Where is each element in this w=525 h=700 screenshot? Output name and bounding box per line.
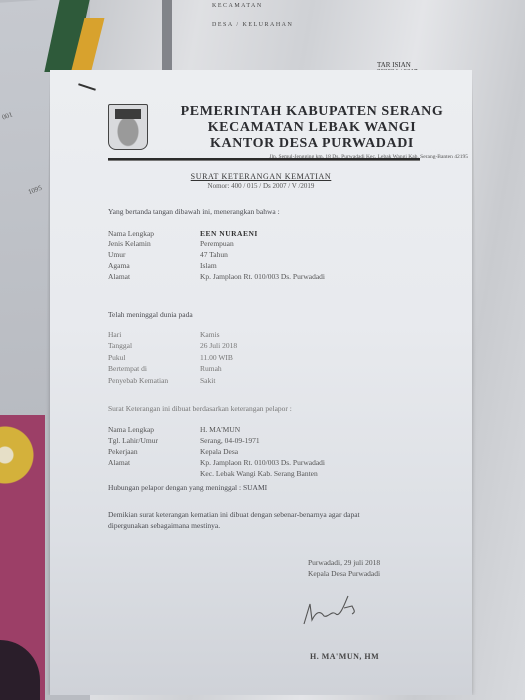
- closing-line-2: dipergunakan sebagaimana mestinya.: [108, 521, 220, 530]
- field-value: Kepala Desa: [200, 447, 238, 456]
- letterhead-line-3: KANTOR DESA PURWADADI: [152, 136, 472, 152]
- deceased-row: Nama LengkapEEN NURAENI: [108, 229, 258, 238]
- pen-mark: [78, 83, 96, 90]
- deceased-row: Umur47 Tahun: [108, 250, 228, 259]
- document-title: SURAT KETERANGAN KEMATIAN: [50, 172, 472, 181]
- field-value: Kec. Lebak Wangi Kab. Serang Banten: [200, 469, 318, 478]
- field-value: Perempuan: [200, 239, 234, 248]
- background-text: KECAMATAN: [212, 3, 263, 9]
- field-value: Serang, 04-09-1971: [200, 436, 260, 445]
- signature-scrawl-icon: [300, 590, 370, 630]
- signatory-name: H. MA'MUN, HM: [310, 652, 379, 661]
- letterhead-rule: [108, 158, 420, 161]
- field-value: Islam: [200, 261, 217, 270]
- death-row: Penyebab KematianSakit: [108, 376, 215, 385]
- field-label: Penyebab Kematian: [108, 376, 200, 385]
- death-row: Tanggal26 Juli 2018: [108, 341, 237, 350]
- regency-emblem-icon: [108, 104, 148, 150]
- background-dark-strip: [162, 0, 172, 72]
- document-number: Nomor: 400 / 015 / Ds 2007 / V /2019: [50, 182, 472, 190]
- letterhead-line-1: PEMERINTAH KABUPATEN SERANG: [152, 104, 472, 120]
- reporter-row: Tgl. Lahir/UmurSerang, 04-09-1971: [108, 436, 260, 445]
- death-row: Pukul11.00 WIB: [108, 353, 233, 362]
- field-value: 11.00 WIB: [200, 353, 233, 362]
- field-label: Alamat: [108, 272, 200, 281]
- deceased-row: AlamatKp. Jamplaon Rt. 010/003 Ds. Purwa…: [108, 272, 325, 281]
- field-value: 26 Juli 2018: [200, 341, 237, 350]
- field-value: 47 Tahun: [200, 250, 228, 259]
- field-label: Pukul: [108, 353, 200, 362]
- background-text: DESA / KELURAHAN: [212, 22, 293, 28]
- field-value: EEN NURAENI: [200, 229, 258, 238]
- signature-place-date: Purwadadi, 29 juli 2018: [308, 558, 380, 567]
- field-label: Jenis Kelamin: [108, 239, 200, 248]
- field-value: Kamis: [200, 330, 220, 339]
- field-label: Umur: [108, 250, 200, 259]
- field-value: Rumah: [200, 364, 222, 373]
- field-label: Agama: [108, 261, 200, 270]
- reporter-row: AlamatKp. Jamplaon Rt. 010/003 Ds. Purwa…: [108, 458, 325, 467]
- intro-text: Yang bertanda tangan dibawah ini, menera…: [108, 207, 280, 216]
- reporter-intro-text: Surat Keterangan ini dibuat berdasarkan …: [108, 404, 292, 413]
- field-value: Kp. Jamplaon Rt. 010/003 Ds. Purwadadi: [200, 272, 325, 281]
- field-value: Sakit: [200, 376, 215, 385]
- death-row: HariKamis: [108, 330, 220, 339]
- field-label: Tgl. Lahir/Umur: [108, 436, 200, 445]
- signature-position: Kepala Desa Purwadadi: [308, 569, 380, 578]
- field-label: Alamat: [108, 458, 200, 467]
- letterhead-line-2: KECAMATAN LEBAK WANGI: [152, 120, 472, 136]
- death-intro-text: Telah meninggal dunia pada: [108, 310, 193, 319]
- field-value: H. MA'MUN: [200, 425, 240, 434]
- field-label: Nama Lengkap: [108, 229, 200, 238]
- field-label: Nama Lengkap: [108, 425, 200, 434]
- field-label: Bertempat di: [108, 364, 200, 373]
- field-value: Kp. Jamplaon Rt. 010/003 Ds. Purwadadi: [200, 458, 325, 467]
- field-label: Tanggal: [108, 341, 200, 350]
- reporter-row: Nama LengkapH. MA'MUN: [108, 425, 240, 434]
- field-label: Pekerjaan: [108, 447, 200, 456]
- field-label: Hari: [108, 330, 200, 339]
- deceased-row: Jenis KelaminPerempuan: [108, 239, 234, 248]
- death-row: Bertempat diRumah: [108, 364, 222, 373]
- closing-line-1: Demikian surat keterangan kematian ini d…: [108, 510, 360, 519]
- reporter-row: PekerjaanKepala Desa: [108, 447, 238, 456]
- deceased-row: AgamaIslam: [108, 261, 217, 270]
- relation-text: Hubungan pelapor dengan yang meninggal :…: [108, 483, 267, 492]
- reporter-row: Kec. Lebak Wangi Kab. Serang Banten: [108, 469, 318, 478]
- death-certificate-document: PEMERINTAH KABUPATEN SERANG KECAMATAN LE…: [50, 70, 472, 695]
